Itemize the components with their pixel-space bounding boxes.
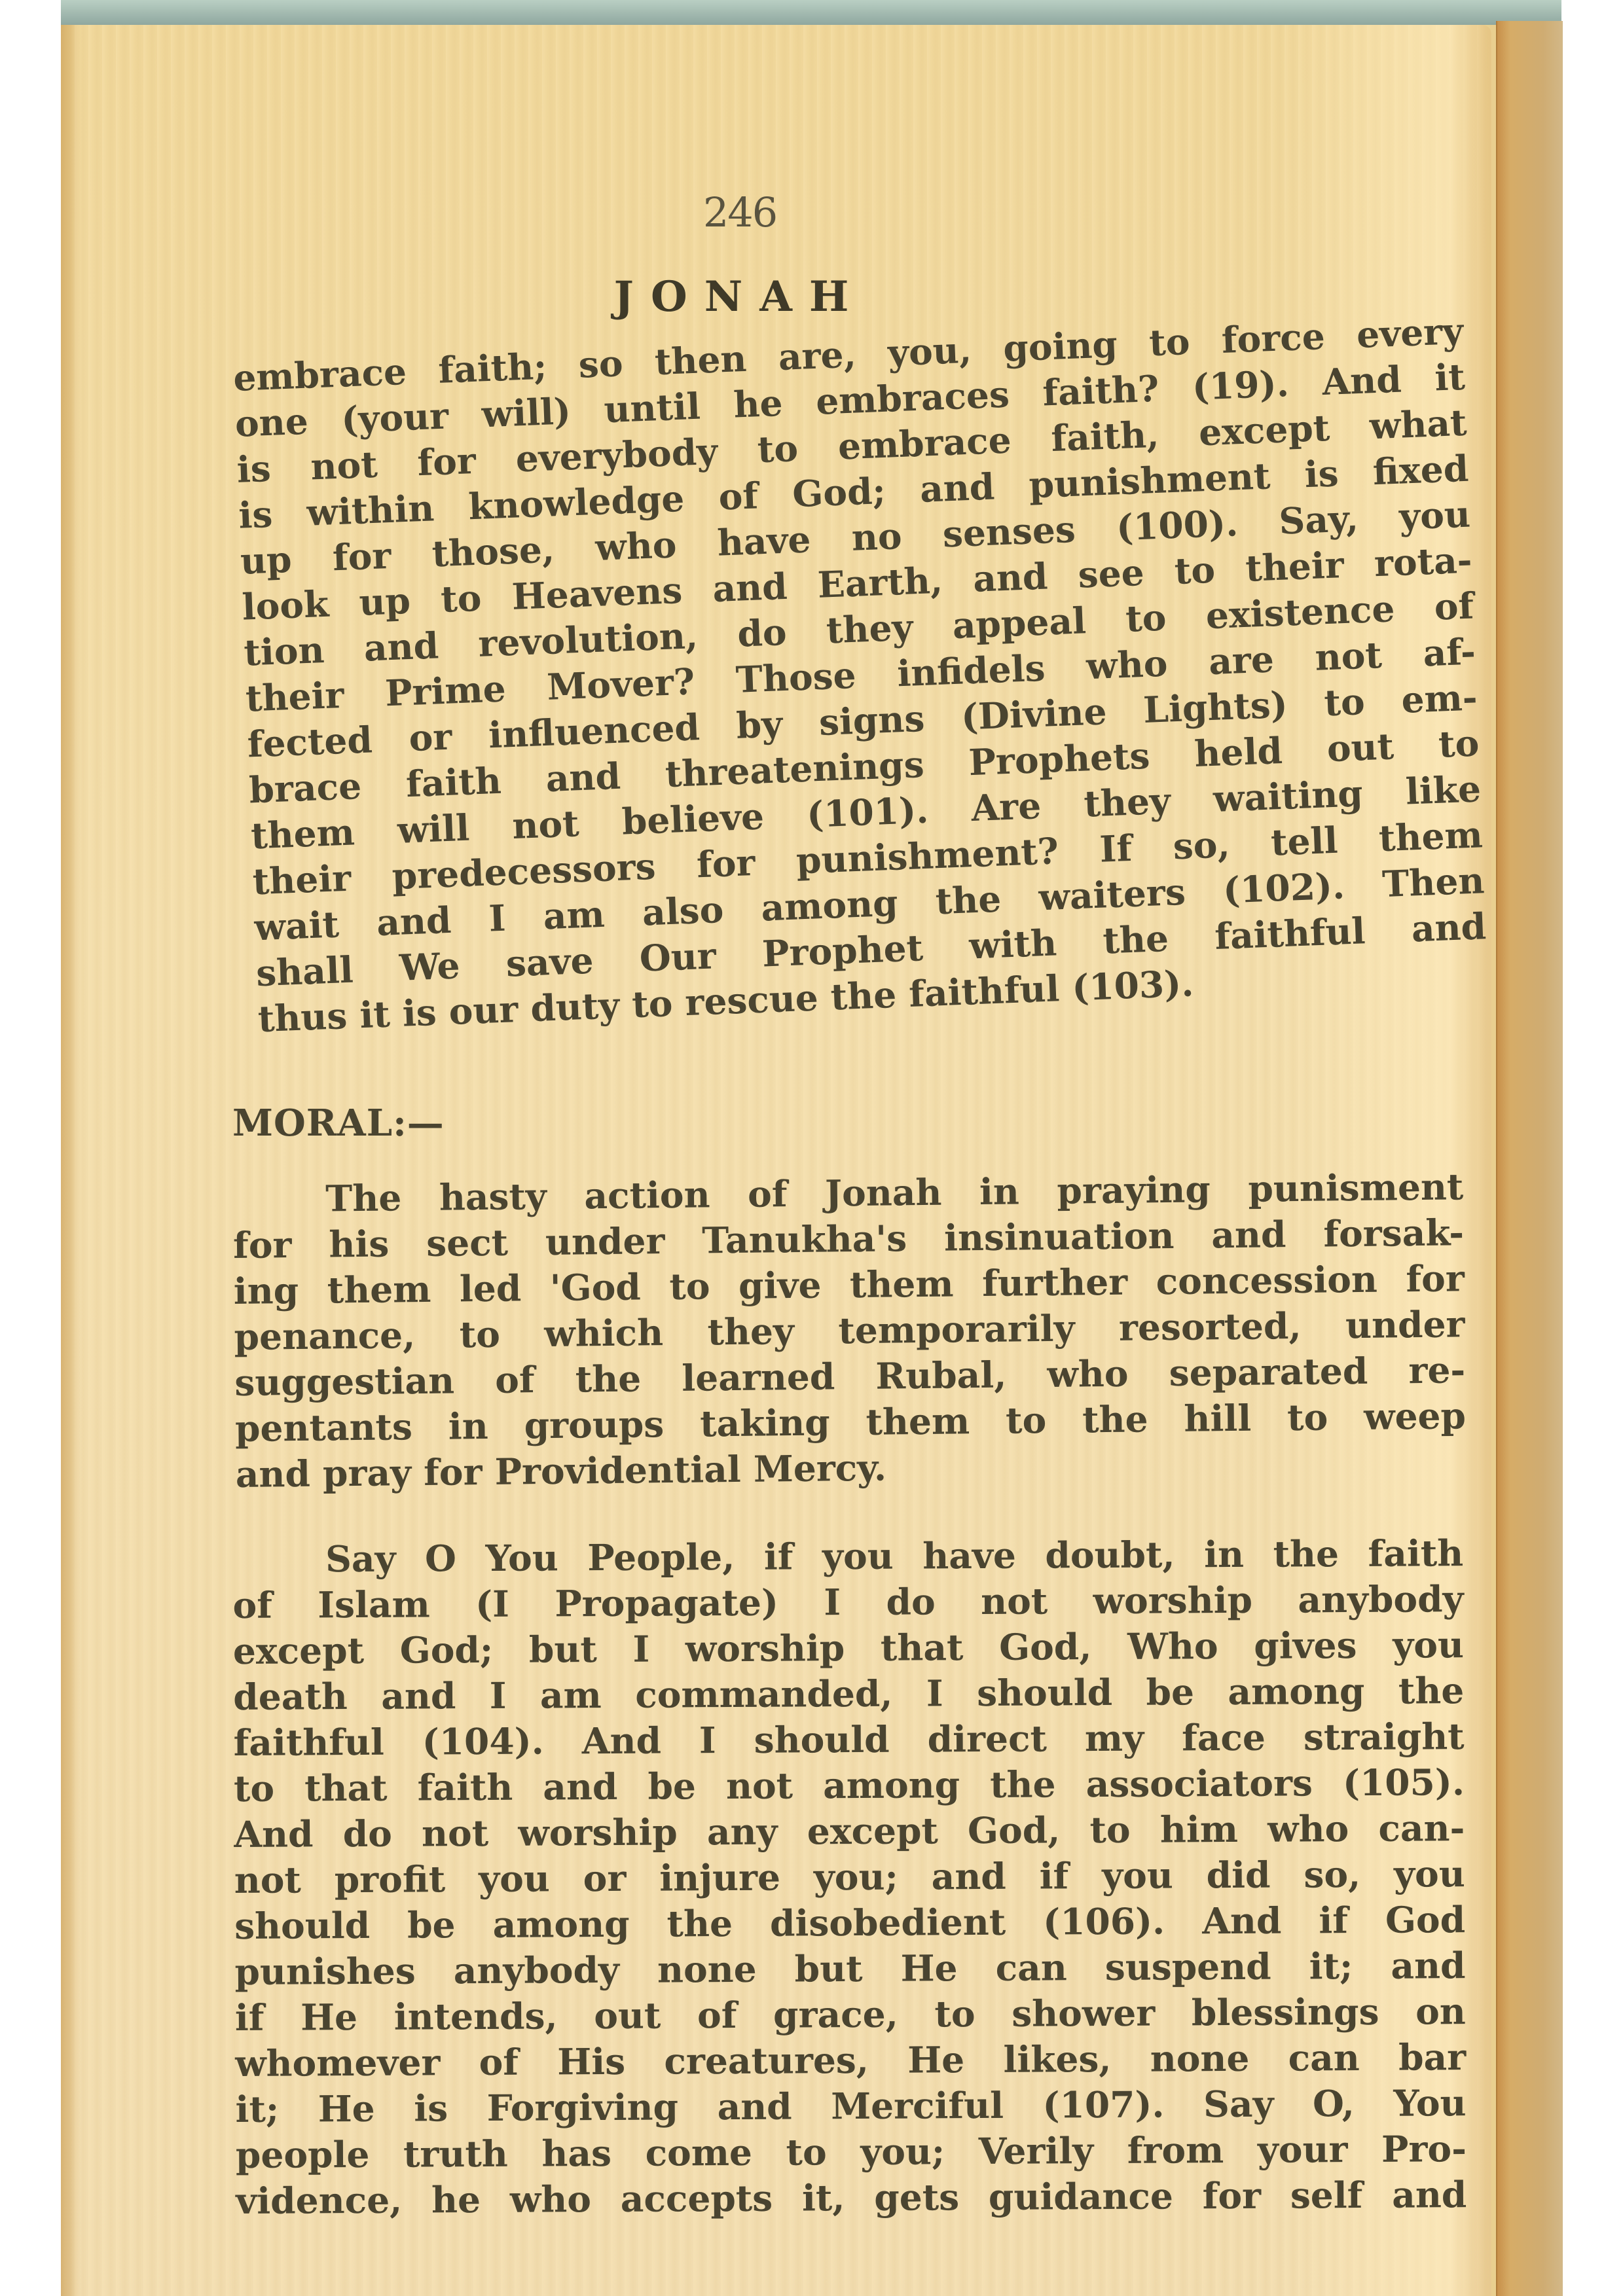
- chapter-title: JONAH: [232, 272, 1247, 321]
- paper-page: 246 JONAH embrace faith; so then are, yo…: [61, 25, 1491, 2296]
- scanner-background-strip: [61, 0, 1561, 25]
- text-line: if He intends, out of grace, to shower b…: [235, 1988, 1466, 2041]
- moral-paragraph: The hasty action of Jonah in praying pun…: [232, 1164, 1467, 1498]
- moral-heading: MORAL:—: [232, 1102, 445, 1145]
- page-stack-edge: [1496, 21, 1563, 2296]
- paragraph-continuation: embrace faith; so then are, you, going t…: [232, 308, 1489, 1042]
- text-line: people truth has come to you; Verily fro…: [236, 2126, 1467, 2178]
- text-line: it; He is Forgiving and Merciful (107). …: [235, 2080, 1466, 2132]
- text-line: vidence, he who accepts it, gets guidanc…: [236, 2172, 1467, 2224]
- verse-paragraph: Say O You People, if you have doubt, in …: [232, 1530, 1467, 2224]
- text-line: whomever of His creatures, He likes, non…: [235, 2034, 1466, 2087]
- text-line: faithful (104). And I should direct my f…: [233, 1713, 1464, 1766]
- text-line: punishes anybody none but He can suspend…: [234, 1943, 1465, 1995]
- text-line: death and I am commanded, I should be am…: [233, 1668, 1464, 1720]
- text-line: should be among the disobedient (106). A…: [234, 1897, 1465, 1949]
- text-line: of Islam (I Propagate) I do not worship …: [232, 1576, 1463, 1628]
- page-number: 246: [232, 188, 1247, 236]
- text-line: not profit you or injure you; and if you…: [234, 1851, 1465, 1903]
- text-line: And do not worship any except God, to hi…: [234, 1805, 1465, 1857]
- text-line: Say O You People, if you have doubt, in …: [232, 1530, 1463, 1583]
- scanned-book-page: 246 JONAH embrace faith; so then are, yo…: [61, 0, 1561, 2296]
- text-line: except God; but I worship that God, Who …: [233, 1622, 1464, 1674]
- text-line: to that faith and be not among the assoc…: [234, 1759, 1465, 1812]
